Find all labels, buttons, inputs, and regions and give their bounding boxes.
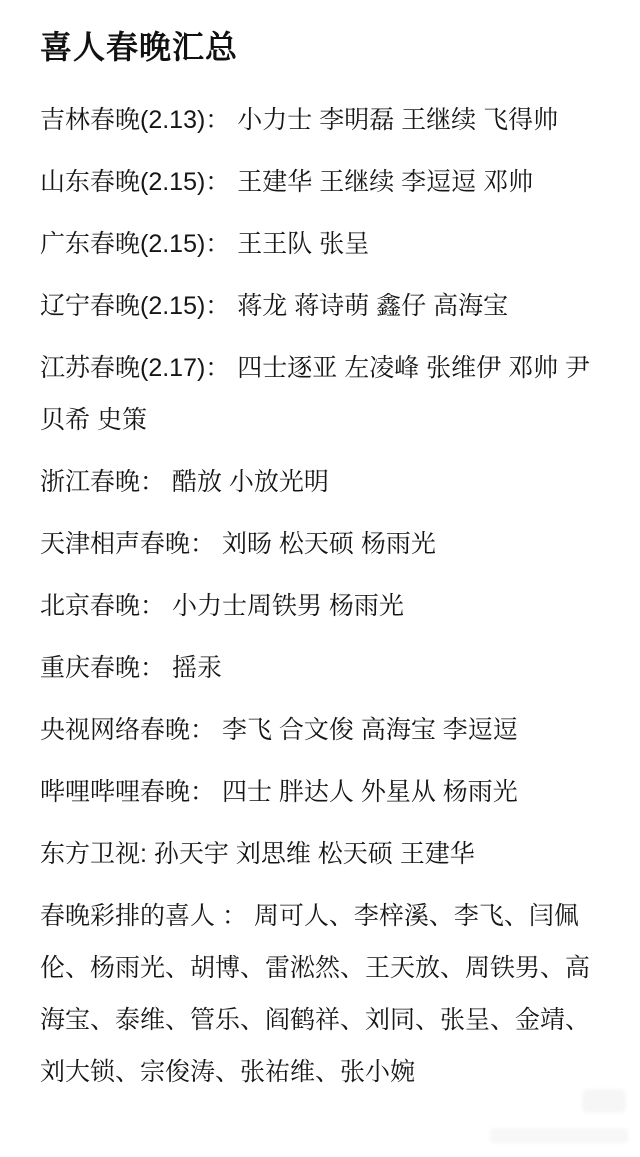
entry-guangdong: 广东春晚(2.15)： 王王队 张呈	[40, 218, 612, 270]
page-title: 喜人春晚汇总	[40, 26, 612, 68]
entry-tianjin-xiangsheng: 天津相声春晚： 刘旸 松天硕 杨雨光	[40, 518, 612, 570]
article: 喜人春晚汇总 吉林春晚(2.13)： 小力士 李明磊 王继续 飞得帅 山东春晚(…	[0, 0, 640, 1098]
entry-cctv-web: 央视网络春晚： 李飞 合文俊 高海宝 李逗逗	[40, 704, 612, 756]
entry-chongqing: 重庆春晚： 摇汞	[40, 642, 612, 694]
watermark-text	[490, 1128, 628, 1143]
entry-liaoning: 辽宁春晚(2.15)： 蒋龙 蒋诗萌 鑫仔 高海宝	[40, 280, 612, 332]
entry-beijing: 北京春晚： 小力士周铁男 杨雨光	[40, 580, 612, 632]
entry-jiangsu: 江苏春晚(2.17)： 四士逐亚 左凌峰 张维伊 邓帅 尹贝希 史策	[40, 342, 612, 446]
entry-shandong: 山东春晚(2.15)： 王建华 王继续 李逗逗 邓帅	[40, 156, 612, 208]
entry-rehearsal-list: 春晚彩排的喜人 ： 周可人、李梓溪、李飞、闫佩伦、杨雨光、胡博、雷淞然、王天放、…	[40, 890, 612, 1098]
entry-zhejiang: 浙江春晚： 酷放 小放光明	[40, 456, 612, 508]
entry-bilibili: 哔哩哔哩春晚： 四士 胖达人 外星从 杨雨光	[40, 766, 612, 818]
entry-jilin: 吉林春晚(2.13)： 小力士 李明磊 王继续 飞得帅	[40, 94, 612, 146]
entry-dragon-tv: 东方卫视: 孙天宇 刘思维 松天硕 王建华	[40, 828, 612, 880]
